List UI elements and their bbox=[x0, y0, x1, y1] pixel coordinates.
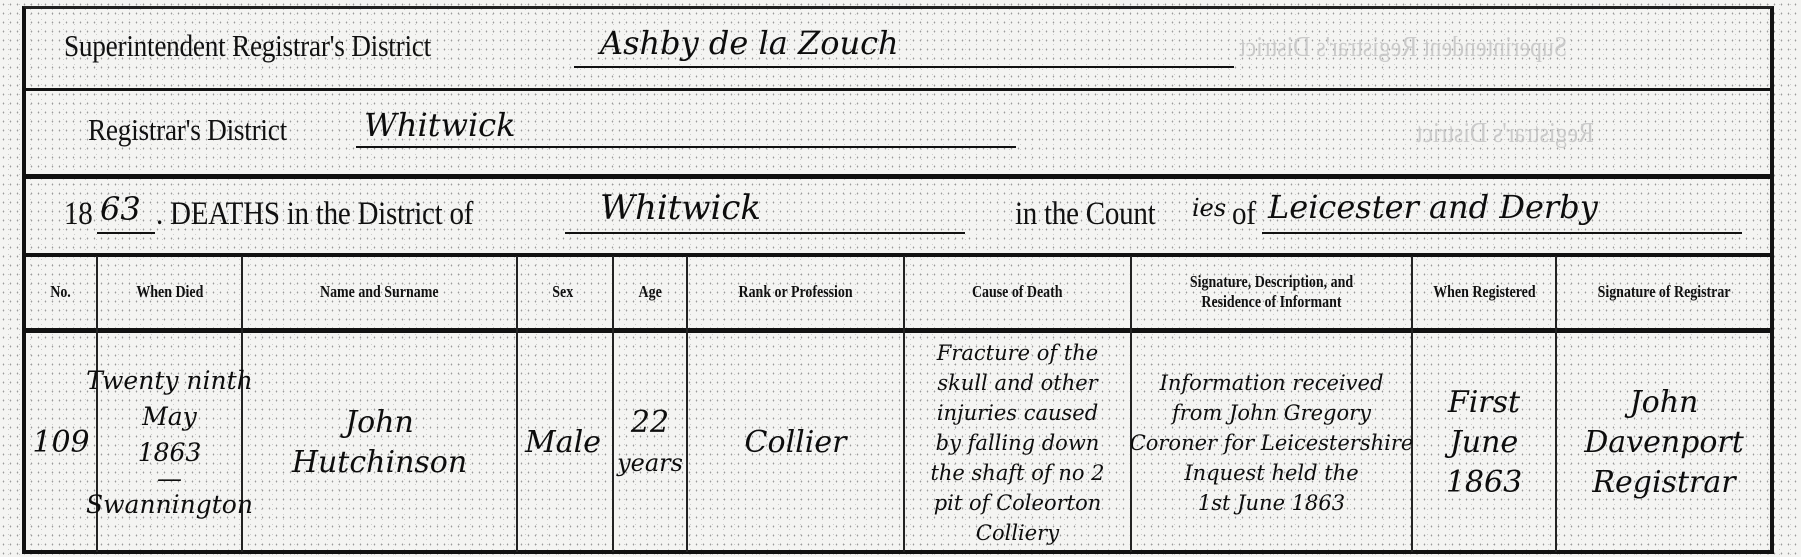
entry-name: John Hutchinson bbox=[243, 334, 516, 552]
year-underline bbox=[97, 232, 155, 234]
bleedthrough-superintendent: Superintendent Registrar's District bbox=[1239, 32, 1567, 64]
col-header-sex: Sex bbox=[514, 255, 612, 328]
col-header-cause: Cause of Death bbox=[905, 255, 1130, 328]
year-suffix: 63 bbox=[100, 190, 141, 228]
col-header-no: No. bbox=[26, 255, 96, 328]
county-plural-suffix: ies bbox=[1192, 194, 1226, 222]
col-header-registrar-signature: Signature of Registrar bbox=[1557, 255, 1771, 328]
county-of-label: of bbox=[1232, 196, 1256, 233]
superintendent-district-label: Superintendent Registrar's District bbox=[64, 28, 431, 64]
rule-4 bbox=[22, 328, 1774, 333]
entry-when-died: Twenty ninth May 1863 — Swannington bbox=[98, 334, 241, 552]
registrar-underline bbox=[356, 146, 1016, 148]
col-header-when-registered: When Registered bbox=[1413, 255, 1555, 328]
deaths-district-underline bbox=[565, 232, 965, 234]
entry-when-registered: First June 1863 bbox=[1413, 334, 1555, 552]
county-label: in the Count bbox=[1015, 196, 1155, 233]
rule-2 bbox=[22, 174, 1774, 179]
registrar-district-value: Whitwick bbox=[364, 106, 516, 144]
deaths-district-value: Whitwick bbox=[600, 188, 761, 228]
registrar-district-label: Registrar's District bbox=[88, 112, 287, 148]
col-header-rank: Rank or Profession bbox=[688, 255, 903, 328]
superintendent-underline bbox=[574, 66, 1234, 68]
entry-informant: Information received from John Gregory C… bbox=[1132, 334, 1411, 552]
deaths-district-label: . DEATHS in the District of bbox=[156, 196, 473, 233]
entry-cause: Fracture of the skull and other injuries… bbox=[905, 334, 1130, 552]
entry-rank: Collier bbox=[688, 334, 903, 552]
col-header-when-died: When Died bbox=[98, 255, 241, 328]
entry-age: 22 years bbox=[614, 334, 686, 552]
col-header-informant: Signature, Description, and Residence of… bbox=[1132, 255, 1411, 328]
county-underline bbox=[1262, 232, 1742, 234]
county-value: Leicester and Derby bbox=[1268, 188, 1598, 226]
year-prefix: 18 bbox=[64, 196, 93, 233]
entry-registrar-signature: John Davenport Registrar bbox=[1557, 334, 1771, 552]
superintendent-district-value: Ashby de la Zouch bbox=[600, 24, 899, 62]
bleedthrough-registrar: Registrar's District bbox=[1416, 118, 1594, 150]
col-header-name: Name and Surname bbox=[243, 255, 516, 328]
col-header-age: Age bbox=[614, 255, 686, 328]
entry-sex: Male bbox=[514, 334, 612, 552]
rule-1 bbox=[22, 88, 1774, 91]
